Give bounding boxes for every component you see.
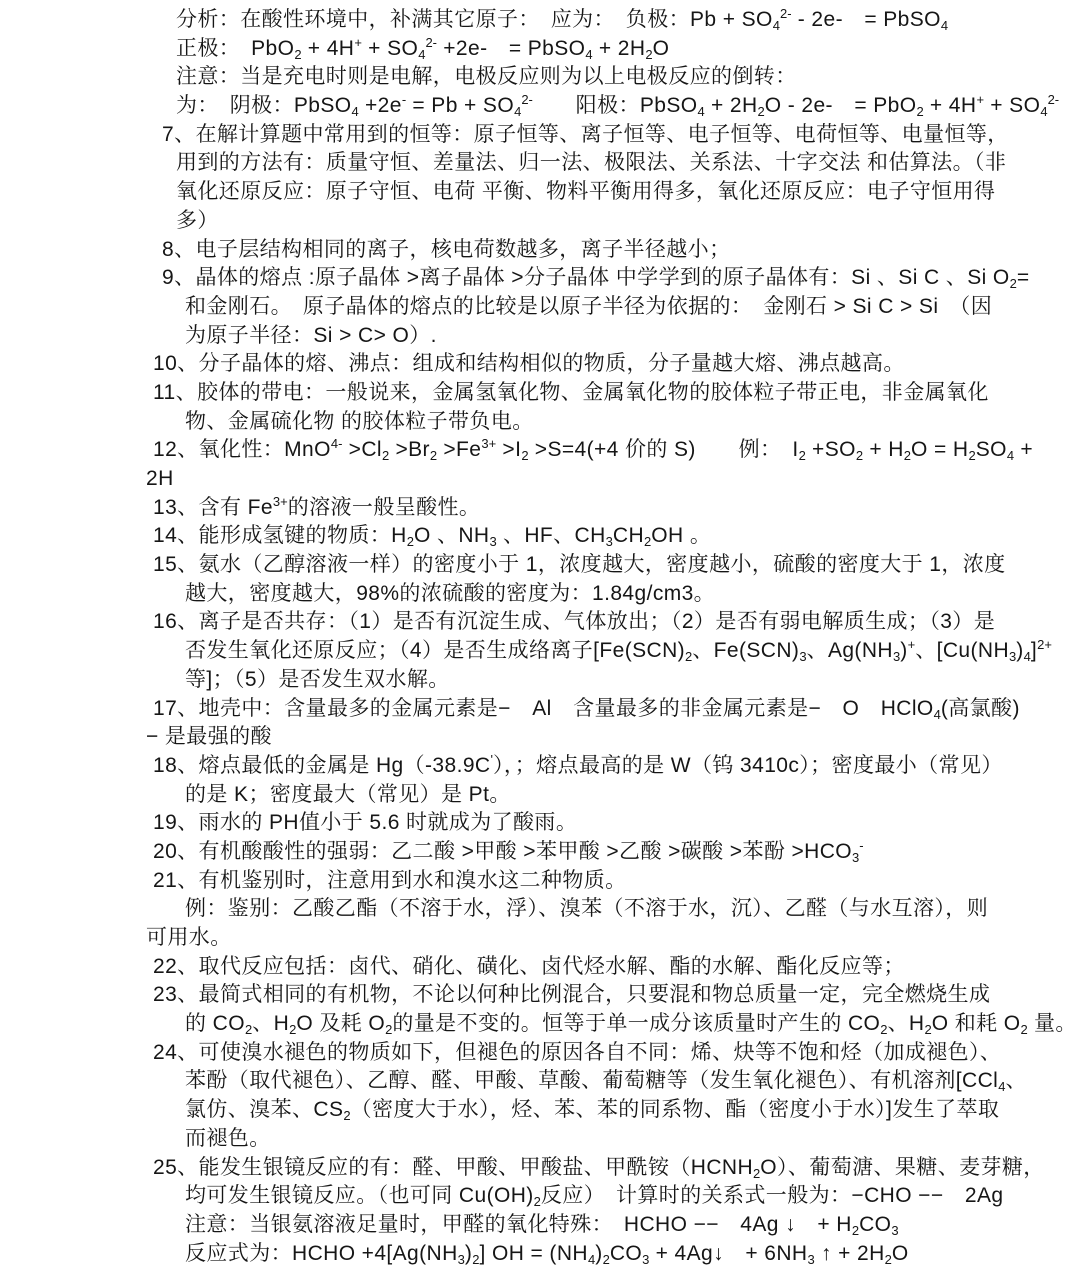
- text-line: 均可发生银镜反应。（也可同 Cu(OH)2反应） 计算时的关系式一般为：−CHO…: [140, 1182, 1052, 1211]
- text-line: 等]；（5）是否发生双水解。: [140, 666, 1052, 695]
- text-line: 17、地壳中：含量最多的金属元素是− Al 含量最多的非金属元素是− O HCl…: [140, 695, 1052, 724]
- text-line: 21、有机鉴别时，注意用到水和溴水这二种物质。: [140, 867, 1052, 896]
- text-line: 正极： PbO2 + 4H+ + SO42- +2e- = PbSO4 + 2H…: [140, 35, 1052, 64]
- text-line: 的 CO2、H2O 及耗 O2的量是不变的。恒等于单一成分该质量时产生的 CO2…: [140, 1010, 1052, 1039]
- text-line: 23、最简式相同的有机物，不论以何种比例混合，只要混和物总质量一定，完全燃烧生成: [140, 981, 1052, 1010]
- text-line: 和金刚石。 原子晶体的熔点的比较是以原子半径为依据的： 金刚石 > Si C >…: [140, 293, 1052, 322]
- text-line: 9、晶体的熔点 :原子晶体 >离子晶体 >分子晶体 中学学到的原子晶体有：Si …: [140, 264, 1052, 293]
- text-line: 15、氨水（乙醇溶液一样）的密度小于 1，浓度越大，密度越小，硫酸的密度大于 1…: [140, 551, 1052, 580]
- text-line: 19、雨水的 PH值小于 5.6 时就成为了酸雨。: [140, 809, 1052, 838]
- text-line: 分析：在酸性环境中，补满其它原子： 应为： 负极：Pb + SO42- - 2e…: [140, 6, 1052, 35]
- text-line: 氧化还原反应：原子守恒、电荷 平衡、物料平衡用得多，氧化还原反应：电子守恒用得: [140, 178, 1052, 207]
- text-line: 苯酚（取代褪色）、乙醇、醛、甲酸、草酸、葡萄糖等（发生氧化褪色）、有机溶剂[CC…: [140, 1067, 1052, 1096]
- text-line: 氯仿、溴苯、CS2（密度大于水），烃、苯、苯的同系物、酯（密度小于水）]发生了萃…: [140, 1096, 1052, 1125]
- text-line: 20、有机酸酸性的强弱：乙二酸 >甲酸 >苯甲酸 >乙酸 >碳酸 >苯酚 >HC…: [140, 838, 1052, 867]
- text-line: 12、氧化性：MnO4- >Cl2 >Br2 >Fe3+ >I2 >S=4(+4…: [140, 436, 1052, 465]
- text-line: 25、能发生银镜反应的有：醛、甲酸、甲酸盐、甲酰铵（HCNH2O）、葡萄溏、果糖…: [140, 1154, 1052, 1183]
- text-line: 越大，密度越大，98%的浓硫酸的密度为：1.84g/cm3。: [140, 580, 1052, 609]
- text-line: 10、分子晶体的熔、沸点：组成和结构相似的物质，分子量越大熔、沸点越高。: [140, 350, 1052, 379]
- text-line: 可用水。: [140, 924, 1052, 953]
- text-line: 例：鉴别：乙酸乙酯（不溶于水，浮）、溴苯（不溶于水，沉）、乙醛（与水互溶），则: [140, 895, 1052, 924]
- text-line: 否发生氧化还原反应；（4）是否生成络离子[Fe(SCN)2、Fe(SCN)3、A…: [140, 637, 1052, 666]
- document-body: 分析：在酸性环境中，补满其它原子： 应为： 负极：Pb + SO42- - 2e…: [140, 6, 1052, 1268]
- text-line: 24、可使溴水褪色的物质如下，但褪色的原因各自不同：烯、炔等不饱和烃（加成褪色）…: [140, 1039, 1052, 1068]
- text-line: 7、在解计算题中常用到的恒等：原子恒等、离子恒等、电子恒等、电荷恒等、电量恒等，: [140, 121, 1052, 150]
- text-line: 22、取代反应包括：卤代、硝化、磺化、卤代烃水解、酯的水解、酯化反应等；: [140, 953, 1052, 982]
- text-line: 为： 阴极：PbSO4 +2e- = Pb + SO42- 阳极：PbSO4 +…: [140, 92, 1052, 121]
- text-line: 反应式为：HCHO +4[Ag(NH3)2] OH = (NH4)2CO3 + …: [140, 1240, 1052, 1269]
- text-line: 为原子半径：Si > C> O）.: [140, 322, 1052, 351]
- text-line: − 是最强的酸: [140, 723, 1052, 752]
- text-line: 11、胶体的带电：一般说来，金属氢氧化物、金属氧化物的胶体粒子带正电，非金属氧化: [140, 379, 1052, 408]
- text-line: 13、含有 Fe3+的溶液一般呈酸性。: [140, 494, 1052, 523]
- text-line: 2H: [140, 465, 1052, 494]
- text-line: 8、电子层结构相同的离子，核电荷数越多，离子半径越小；: [140, 236, 1052, 265]
- text-line: 多）: [140, 207, 1052, 236]
- text-line: 注意：当是充电时则是电解，电极反应则为以上电极反应的倒转：: [140, 63, 1052, 92]
- text-line: 注意：当银氨溶液足量时，甲醛的氧化特殊： HCHO −− 4Ag ↓ + H2C…: [140, 1211, 1052, 1240]
- text-line: 而褪色。: [140, 1125, 1052, 1154]
- text-line: 14、能形成氢键的物质：H2O 、NH3 、HF、CH3CH2OH 。: [140, 522, 1052, 551]
- text-line: 用到的方法有：质量守恒、差量法、归一法、极限法、关系法、十字交法 和估算法。（非: [140, 149, 1052, 178]
- text-line: 18、熔点最低的金属是 Hg（-38.9C'），；熔点最高的是 W（钨 3410…: [140, 752, 1052, 781]
- text-line: 16、离子是否共存：（1）是否有沉淀生成、气体放出；（2）是否有弱电解质生成；（…: [140, 608, 1052, 637]
- text-line: 物、金属硫化物 的胶体粒子带负电。: [140, 408, 1052, 437]
- document-page: 分析：在酸性环境中，补满其它原子： 应为： 负极：Pb + SO42- - 2e…: [0, 0, 1080, 1272]
- text-line: 的是 K；密度最大（常见）是 Pt。: [140, 781, 1052, 810]
